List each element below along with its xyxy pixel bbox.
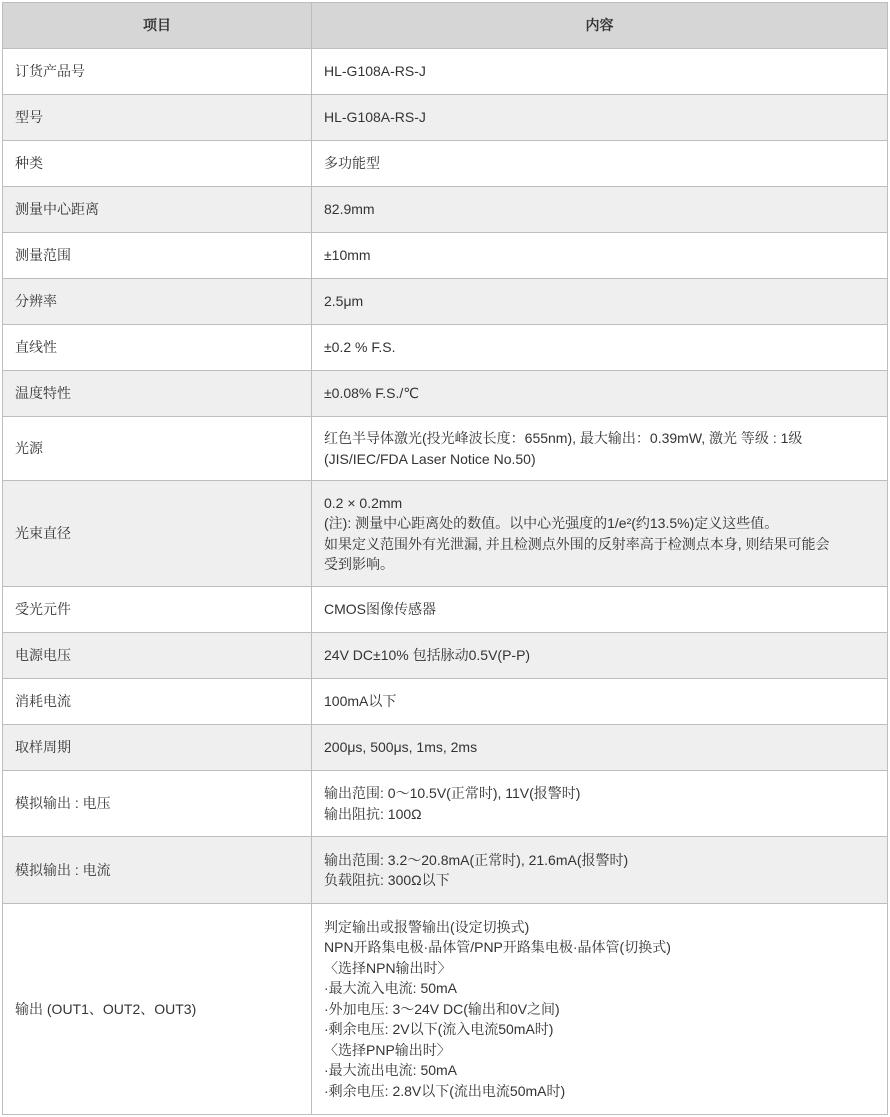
table-row: 分辨率2.5μm — [3, 279, 888, 325]
spec-value-line: 输出阻抗: 100Ω — [324, 804, 875, 825]
table-row: 输出 (OUT1、OUT2、OUT3)判定输出或报警输出(设定切换式)NPN开路… — [3, 904, 888, 1115]
spec-value: HL-G108A-RS-J — [312, 49, 888, 95]
spec-label: 型号 — [3, 95, 312, 141]
spec-value: 24V DC±10% 包括脉动0.5V(P-P) — [312, 633, 888, 679]
spec-value-line: HL-G108A-RS-J — [324, 107, 875, 128]
table-row: 光源红色半导体激光(投光峰波长度：655nm), 最大输出：0.39mW, 激光… — [3, 417, 888, 481]
table-row: 模拟输出 : 电压输出范围: 0～10.5V(正常时), 11V(报警时)输出阻… — [3, 771, 888, 837]
spec-value: 100mA以下 — [312, 679, 888, 725]
spec-value-line: 200μs, 500μs, 1ms, 2ms — [324, 737, 875, 758]
spec-value-line: 24V DC±10% 包括脉动0.5V(P-P) — [324, 645, 875, 666]
spec-label: 输出 (OUT1、OUT2、OUT3) — [3, 904, 312, 1115]
spec-value-line: ±0.08% F.S./℃ — [324, 383, 875, 404]
spec-value: 红色半导体激光(投光峰波长度：655nm), 最大输出：0.39mW, 激光 等… — [312, 417, 888, 481]
spec-value-line: 2.5μm — [324, 291, 875, 312]
spec-value-line: (JIS/IEC/FDA Laser Notice No.50) — [324, 449, 875, 470]
spec-value-line: 〈选择PNP输出时〉 — [324, 1040, 875, 1061]
spec-value-line: ·剩余电压: 2.8V以下(流出电流50mA时) — [324, 1081, 875, 1102]
table-row: 受光元件CMOS图像传感器 — [3, 587, 888, 633]
spec-label: 取样周期 — [3, 725, 312, 771]
column-header-content: 内容 — [312, 3, 888, 49]
table-row: 取样周期200μs, 500μs, 1ms, 2ms — [3, 725, 888, 771]
spec-value-line: 如果定义范围外有光泄漏, 并且检测点外围的反射率高于检测点本身, 则结果可能会 — [324, 534, 875, 555]
table-row: 测量范围±10mm — [3, 233, 888, 279]
spec-value: CMOS图像传感器 — [312, 587, 888, 633]
spec-value-line: 红色半导体激光(投光峰波长度：655nm), 最大输出：0.39mW, 激光 等… — [324, 428, 875, 449]
column-header-item: 项目 — [3, 3, 312, 49]
spec-value-line: HL-G108A-RS-J — [324, 61, 875, 82]
table-row: 温度特性±0.08% F.S./℃ — [3, 371, 888, 417]
spec-label: 订货产品号 — [3, 49, 312, 95]
spec-label: 模拟输出 : 电流 — [3, 837, 312, 904]
spec-value: 0.2 × 0.2mm(注): 测量中心距离处的数值。以中心光强度的1/e²(约… — [312, 481, 888, 587]
spec-value-line: 判定输出或报警输出(设定切换式) — [324, 917, 875, 938]
spec-value-line: CMOS图像传感器 — [324, 599, 875, 620]
spec-value-line: 输出范围: 0～10.5V(正常时), 11V(报警时) — [324, 783, 875, 804]
table-row: 模拟输出 : 电流输出范围: 3.2～20.8mA(正常时), 21.6mA(报… — [3, 837, 888, 904]
spec-label: 光源 — [3, 417, 312, 481]
spec-label: 消耗电流 — [3, 679, 312, 725]
spec-label: 模拟输出 : 电压 — [3, 771, 312, 837]
spec-value: 200μs, 500μs, 1ms, 2ms — [312, 725, 888, 771]
spec-value-line: ·最大流入电流: 50mA — [324, 978, 875, 999]
spec-value-line: ±10mm — [324, 245, 875, 266]
spec-value: 82.9mm — [312, 187, 888, 233]
table-row: 订货产品号HL-G108A-RS-J — [3, 49, 888, 95]
table-row: 光束直径0.2 × 0.2mm(注): 测量中心距离处的数值。以中心光强度的1/… — [3, 481, 888, 587]
spec-label: 温度特性 — [3, 371, 312, 417]
spec-label: 直线性 — [3, 325, 312, 371]
spec-value: ±0.08% F.S./℃ — [312, 371, 888, 417]
spec-value-line: ±0.2 % F.S. — [324, 337, 875, 358]
spec-value-line: ·外加电压: 3～24V DC(输出和0V之间) — [324, 999, 875, 1020]
spec-value: 输出范围: 0～10.5V(正常时), 11V(报警时)输出阻抗: 100Ω — [312, 771, 888, 837]
spec-label: 种类 — [3, 141, 312, 187]
spec-label: 受光元件 — [3, 587, 312, 633]
spec-label: 光束直径 — [3, 481, 312, 587]
table-row: 消耗电流100mA以下 — [3, 679, 888, 725]
spec-value-line: 受到影响。 — [324, 554, 875, 575]
spec-value-line: 多功能型 — [324, 153, 875, 174]
table-body: 订货产品号HL-G108A-RS-J型号HL-G108A-RS-J种类多功能型测… — [3, 49, 888, 1115]
spec-value-line: 负载阻抗: 300Ω以下 — [324, 870, 875, 891]
spec-value-line: 输出范围: 3.2～20.8mA(正常时), 21.6mA(报警时) — [324, 850, 875, 871]
table-header-row: 项目 内容 — [3, 3, 888, 49]
spec-label: 测量范围 — [3, 233, 312, 279]
spec-value: 输出范围: 3.2～20.8mA(正常时), 21.6mA(报警时)负载阻抗: … — [312, 837, 888, 904]
spec-value: ±10mm — [312, 233, 888, 279]
table-row: 测量中心距离82.9mm — [3, 187, 888, 233]
spec-value: 多功能型 — [312, 141, 888, 187]
spec-value-line: NPN开路集电极·晶体管/PNP开路集电极·晶体管(切换式) — [324, 937, 875, 958]
spec-value-line: 〈选择NPN输出时〉 — [324, 958, 875, 979]
spec-value: 判定输出或报警输出(设定切换式)NPN开路集电极·晶体管/PNP开路集电极·晶体… — [312, 904, 888, 1115]
table-row: 种类多功能型 — [3, 141, 888, 187]
spec-value-line: 100mA以下 — [324, 691, 875, 712]
spec-table: 项目 内容 订货产品号HL-G108A-RS-J型号HL-G108A-RS-J种… — [2, 2, 888, 1115]
table-row: 型号HL-G108A-RS-J — [3, 95, 888, 141]
spec-label: 测量中心距离 — [3, 187, 312, 233]
spec-value: ±0.2 % F.S. — [312, 325, 888, 371]
spec-label: 电源电压 — [3, 633, 312, 679]
spec-label: 分辨率 — [3, 279, 312, 325]
spec-value-line: (注): 测量中心距离处的数值。以中心光强度的1/e²(约13.5%)定义这些值… — [324, 513, 875, 534]
spec-value-line: 82.9mm — [324, 199, 875, 220]
table-row: 直线性±0.2 % F.S. — [3, 325, 888, 371]
spec-value-line: 0.2 × 0.2mm — [324, 493, 875, 514]
spec-value: 2.5μm — [312, 279, 888, 325]
spec-value-line: ·最大流出电流: 50mA — [324, 1060, 875, 1081]
table-row: 电源电压24V DC±10% 包括脉动0.5V(P-P) — [3, 633, 888, 679]
spec-value: HL-G108A-RS-J — [312, 95, 888, 141]
spec-value-line: ·剩余电压: 2V以下(流入电流50mA时) — [324, 1019, 875, 1040]
